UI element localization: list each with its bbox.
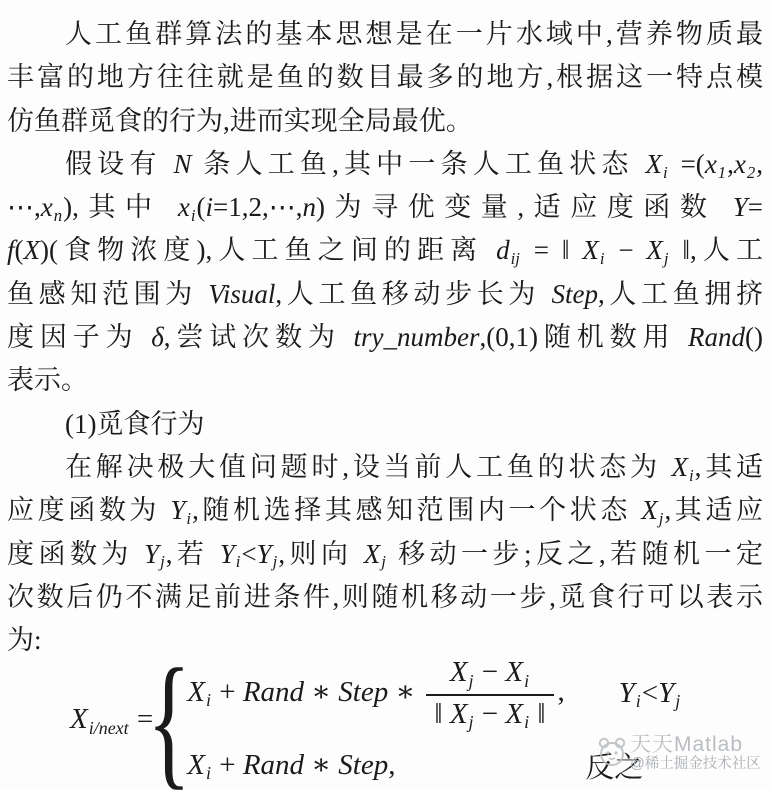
text-segment: )为寻优变量,适应度函数 [316,192,733,222]
formula-case-2: Xi + Rand ∗ Step, 反之 [187,745,743,786]
text-segment: =1,2,⋯, [213,192,302,222]
case1-comma: , [558,676,565,708]
text-segment: i [186,509,191,528]
text-segment: i/next [89,718,129,738]
text-segment: X [646,235,663,265]
text-segment: X [24,235,41,265]
text-segment: ‖,人工 [670,235,763,265]
text-segment: i [236,552,241,571]
text-line: 表示。 [7,359,763,402]
text-segment: = [748,192,763,222]
fraction: Xj − Xi‖ Xj − Xi ‖ [426,656,553,732]
left-curly-brace: { [159,661,179,781]
article-body: 人工鱼群算法的基本思想是在一片水域中,营养物质最 丰富的地方往往就是鱼的数目最多… [7,13,763,662]
text-segment: ∗ [304,676,338,708]
text-line: 假设有 N 条人工鱼,其中一条人工鱼状态 Xi =(x1,x2, [7,143,763,186]
text-line: f(X)(食物浓度),人工鱼之间的距离 dij = ‖ Xi − Xj ‖,人工 [7,229,763,272]
text-segment: X [70,703,88,735]
text-segment: j [469,671,474,691]
text-segment: )(食物浓度),人工鱼之间的距离 [40,235,496,265]
text-segment: x [41,192,53,222]
text-segment: N [173,149,191,179]
text-segment: ,其适应 [664,495,763,525]
text-segment: j [659,509,664,528]
text-segment: ,若 [166,539,220,569]
formula-lhs: Xi/next = [70,703,153,738]
text-line: 丰富的地方往往就是鱼的数目最多的地方,根据这一特点模 [7,56,763,99]
text-segment: x [734,149,746,179]
text-segment: + [212,676,243,708]
text-segment: X [505,656,523,688]
text-segment: ( [15,235,24,265]
text-line: 次数后仍不满足前进条件,则随机移动一步,觅食行可以表示 [7,576,763,619]
text-segment: X [582,235,599,265]
formula-block: Xi/next = { Xi + Rand ∗ Step ∗ Xj − Xi‖ … [70,655,772,787]
text-segment: δ [151,322,164,352]
text-segment: 表示。 [7,365,88,395]
text-segment: ‖ [434,698,449,730]
text-segment: ∗ [304,749,338,781]
document-page: 人工鱼群算法的基本思想是在一片水域中,营养物质最 丰富的地方往往就是鱼的数目最多… [0,0,772,790]
text-segment: 应度函数为 [7,495,170,525]
text-segment: 度因子为 [7,322,151,352]
text-segment: + [212,749,243,781]
text-line: 在解决极大值问题时,设当前人工鱼的状态为 Xi,其适 [7,446,763,489]
text-segment: ,则向 [278,539,363,569]
text-segment: j [469,712,474,732]
text-segment: < [642,677,658,709]
text-segment: i [205,192,213,222]
text-segment: n [54,206,62,225]
text-segment: x [178,192,190,222]
text-segment: Rand [688,322,745,352]
text-segment: Y [144,539,159,569]
text-segment: x [705,149,717,179]
text-segment: 2 [747,163,755,182]
text-segment: − [605,235,646,265]
text-segment: ‖ [530,698,545,730]
text-segment: i [663,163,668,182]
text-segment: < [241,539,256,569]
formula-case-1: Xi + Rand ∗ Step ∗ Xj − Xi‖ Xj − Xi ‖, Y… [187,656,743,732]
text-segment: , [727,149,734,179]
text-line: 鱼感知范围为 Visual,人工鱼移动步长为 Step,人工鱼拥挤 [7,273,763,316]
text-segment: 仿鱼群觅食的行为,进而实现全局最优。 [7,106,473,136]
case2-expression: Xi + Rand ∗ Step, [187,747,395,784]
text-segment: Visual [208,279,275,309]
text-segment: =( [669,149,705,179]
text-segment: Step [338,749,388,781]
text-segment: X [364,539,381,569]
text-segment: ,随机选择其感知范围内一个状态 [192,495,641,525]
text-segment: X [641,495,658,525]
fraction-denominator: ‖ Xj − Xi ‖ [426,694,553,733]
text-segment: = ‖ [521,235,582,265]
text-segment: () [745,322,763,352]
text-segment: Y [220,539,235,569]
fraction-numerator: Xj − Xi [426,656,553,693]
text-segment: Y [619,677,635,709]
text-segment: ∗ [388,676,422,708]
text-segment: 1 [718,163,726,182]
text-segment: ,(0,1)随机数用 [479,322,688,352]
text-segment: i [206,690,211,710]
text-segment: (1)觅食行为 [65,409,204,439]
text-segment: X [450,698,468,730]
text-segment: 人工鱼群算法的基本思想是在一片水域中,营养物质最 [65,19,763,49]
text-segment: Y [170,495,185,525]
formula-cases: Xi + Rand ∗ Step ∗ Xj − Xi‖ Xj − Xi ‖, Y… [187,656,743,785]
text-segment: ),其中 [63,192,178,222]
text-segment: 反之 [585,752,643,784]
text-segment: d [496,235,510,265]
text-segment: , [558,676,565,708]
text-segment: Rand [243,676,304,708]
text-segment: X [671,452,688,482]
text-segment: i [600,249,605,268]
text-segment: Y [658,677,674,709]
text-segment: ,尝试次数为 [164,322,354,352]
text-segment: j [273,552,278,571]
text-segment: , [388,749,395,781]
text-segment: 移动一步;反之,若随机一定 [387,539,763,569]
text-segment: 度函数为 [7,539,144,569]
text-segment: 假设有 [65,149,173,179]
text-segment: 条人工鱼,其中一条人工鱼状态 [191,149,645,179]
text-segment: X [646,149,663,179]
text-segment: ⋯, [7,192,41,222]
text-segment: X [450,656,468,688]
text-segment: − [475,656,506,688]
case1-expression: Xi + Rand ∗ Step ∗ Xj − Xi‖ Xj − Xi ‖, [187,656,565,732]
text-segment: ,人工鱼拥挤 [598,279,763,309]
text-segment: , [756,149,763,179]
text-segment: try_number [353,322,479,352]
text-segment: i [191,206,196,225]
text-segment: 丰富的地方往往就是鱼的数目最多的地方,根据这一特点模 [7,62,763,92]
case1-condition: Yi<Yj [619,677,682,712]
text-segment: i [636,691,641,711]
text-segment: Rand [243,749,304,781]
text-segment: j [381,552,386,571]
text-segment: 鱼感知范围为 [7,279,208,309]
text-line: 度因子为 δ,尝试次数为 try_number,(0,1)随机数用 Rand() [7,316,763,359]
text-segment: 次数后仍不满足前进条件,则随机移动一步,觅食行可以表示 [7,582,763,612]
text-segment: − [475,698,506,730]
text-segment: ij [511,249,520,268]
text-segment: Step [551,279,598,309]
case2-condition: 反之 [585,745,643,786]
text-segment: i [689,466,694,485]
text-segment: i [524,712,529,732]
text-segment: Y [733,192,748,222]
text-segment: ,人工鱼移动步长为 [275,279,551,309]
text-segment: X [505,698,523,730]
case1-pre: Xi + Rand ∗ Step ∗ [187,676,422,708]
text-segment: Y [257,539,272,569]
text-segment: f [7,235,15,265]
text-segment: i [524,671,529,691]
text-segment: j [675,691,680,711]
text-line: 人工鱼群算法的基本思想是在一片水域中,营养物质最 [7,13,763,56]
text-line: 度函数为 Yj,若 Yi<Yj,则向 Xj 移动一步;反之,若随机一定 [7,533,763,576]
text-line: 应度函数为 Yi,随机选择其感知范围内一个状态 Xj,其适应 [7,489,763,532]
text-line: ⋯,xn),其中 xi(i=1,2,⋯,n)为寻优变量,适应度函数 Y= [7,186,763,229]
text-segment: 为: [7,625,42,655]
text-segment: ,其适 [695,452,763,482]
text-segment: j [664,249,669,268]
text-line: (1)觅食行为 [7,403,763,446]
text-line: 仿鱼群觅食的行为,进而实现全局最优。 [7,100,763,143]
text-segment: 在解决极大值问题时,设当前人工鱼的状态为 [65,452,671,482]
text-segment: i [206,763,211,783]
text-segment: n [302,192,316,222]
text-segment: Step [338,676,388,708]
text-segment: j [160,552,165,571]
